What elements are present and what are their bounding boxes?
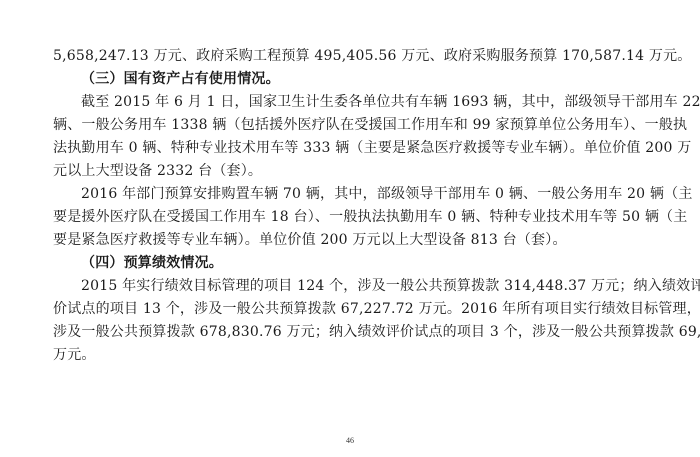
- paragraph-line: 5,658,247.13 万元、政府采购工程预算 495,405.56 万元、政…: [53, 45, 649, 68]
- section-heading-performance: （四）预算绩效情况。: [53, 252, 649, 275]
- paragraph-line: 要是紧急医疗救援等专业车辆）。单位价值 200 万元以上大型设备 813 台（套…: [53, 229, 649, 252]
- paragraph-line: 要是援外医疗队在受援国工作用车 18 台）、一般执法执勤用车 0 辆、特种专业技…: [53, 206, 649, 229]
- paragraph-line: 截至 2015 年 6 月 1 日，国家卫生计生委各单位共有车辆 1693 辆，…: [53, 91, 649, 114]
- paragraph-line: 涉及一般公共预算拨款 678,830.76 万元；纳入绩效评价试点的项目 3 个…: [53, 321, 649, 344]
- paragraph-line: 价试点的项目 13 个，涉及一般公共预算拨款 67,227.72 万元。2016…: [53, 298, 649, 321]
- section-heading-assets: （三）国有资产占有使用情况。: [53, 68, 649, 91]
- paragraph-line: 2015 年实行绩效目标管理的项目 124 个，涉及一般公共预算拨款 314,4…: [53, 275, 649, 298]
- paragraph-line: 万元。: [53, 344, 649, 367]
- paragraph-line: 2016 年部门预算安排购置车辆 70 辆，其中，部级领导干部用车 0 辆、一般…: [53, 183, 649, 206]
- paragraph-line: 法执勤用车 0 辆、特种专业技术用车等 333 辆（主要是紧急医疗救援等专业车辆…: [53, 137, 649, 160]
- paragraph-line: 辆、一般公务用车 1338 辆（包括援外医疗队在受援国工作用车和 99 家预算单…: [53, 114, 649, 137]
- page-number: 46: [0, 436, 700, 445]
- paragraph-line: 元以上大型设备 2332 台（套）。: [53, 160, 649, 183]
- document-page: 5,658,247.13 万元、政府采购工程预算 495,405.56 万元、政…: [53, 45, 649, 367]
